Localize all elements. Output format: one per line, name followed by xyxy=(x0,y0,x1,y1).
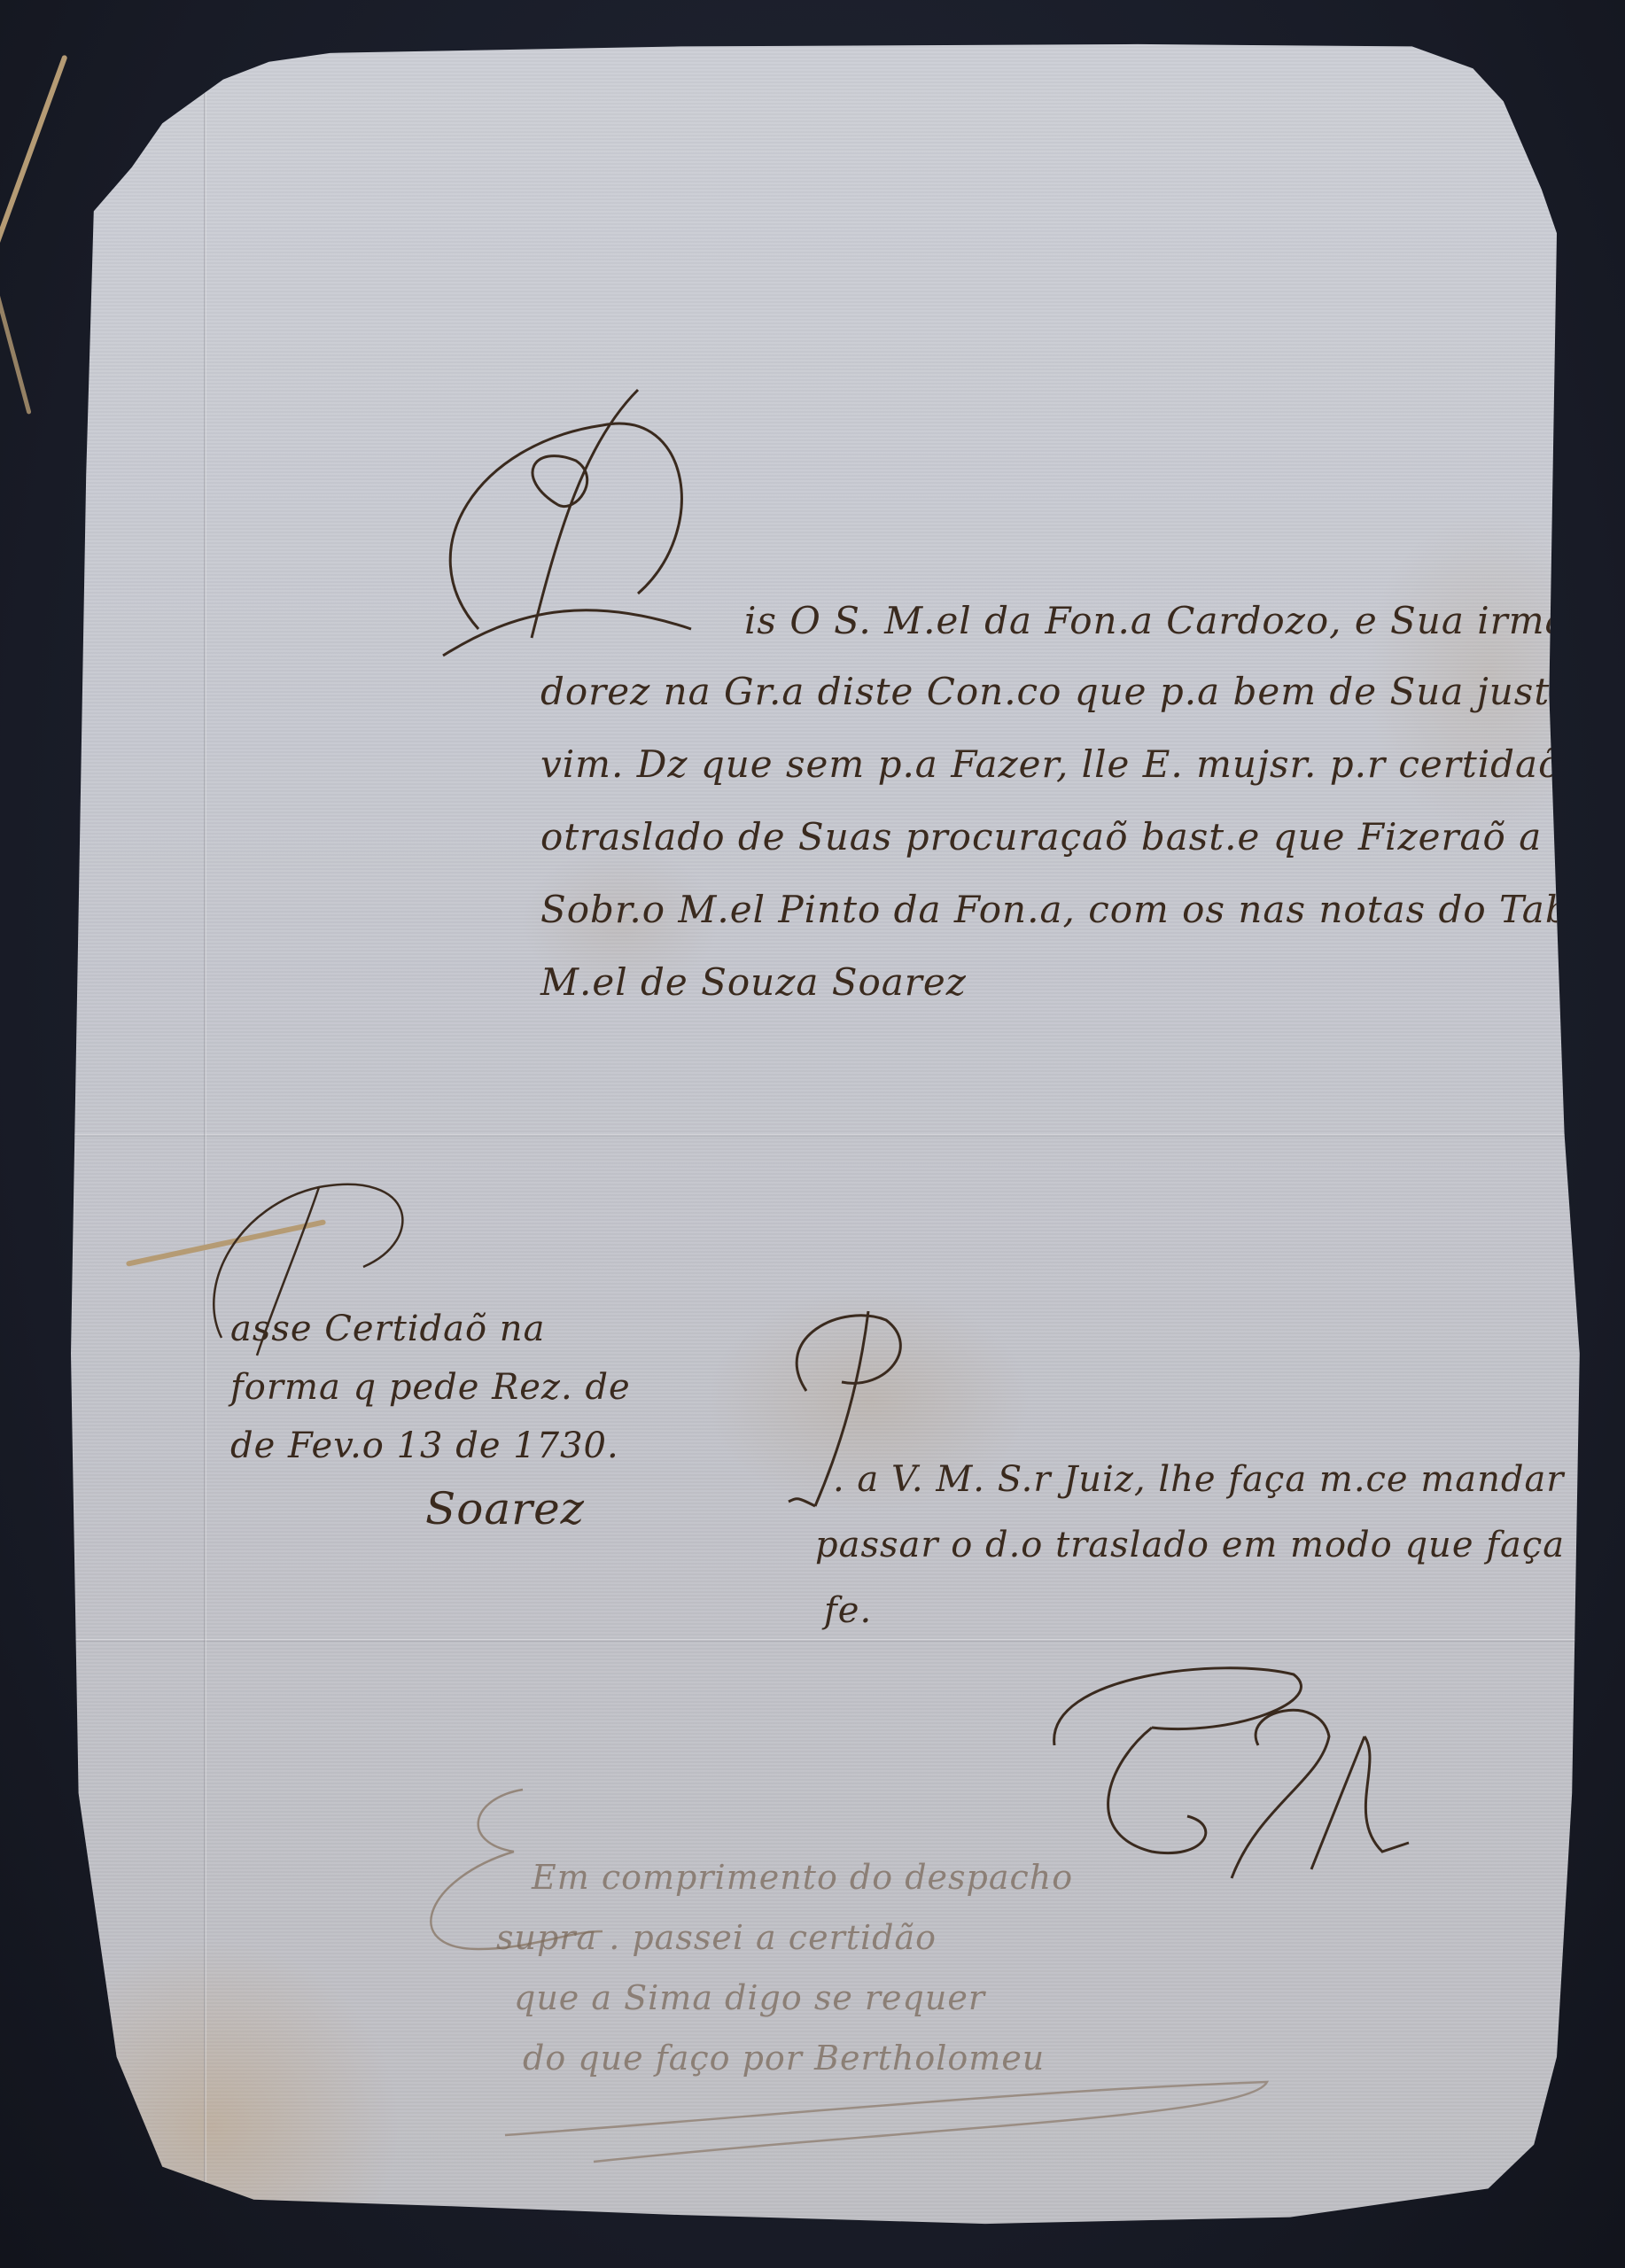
manuscript-page: is O S. M.el da Fon.a Cardozo, e Sua irm… xyxy=(71,35,1595,2233)
margin-note-line: de Fev.o 13 de 1730. xyxy=(230,1428,631,1464)
loose-thread xyxy=(0,276,32,415)
petition-line: is O S. M.el da Fon.a Cardozo, e Sua irm… xyxy=(744,602,1625,640)
dispatch-line: que a Sima digo se requer xyxy=(514,1981,1073,2015)
petition-line: Sobr.o M.el Pinto da Fon.a, com os nas n… xyxy=(540,891,1625,928)
margin-note-line: asse Certidaõ na xyxy=(230,1311,631,1347)
petition-line: dorez na Gr.a diste Con.co que p.a bem d… xyxy=(540,673,1625,711)
dispatch-line: Em comprimento do despacho xyxy=(532,1860,1073,1894)
photo-backdrop: is O S. M.el da Fon.a Cardozo, e Sua irm… xyxy=(0,0,1625,2268)
initial-flourish-d xyxy=(408,372,727,673)
binding-thread xyxy=(96,88,180,150)
closing-monogram xyxy=(1028,1621,1489,1887)
petition-text: is O S. M.el da Fon.a Cardozo, e Sua irm… xyxy=(744,602,1625,640)
paper-fold xyxy=(204,35,206,2233)
paper-fold xyxy=(71,1134,1595,1137)
signature-soarez: Soarez xyxy=(425,1487,631,1531)
petition-line: vim. Dz que sem p.a Fazer, lle E. mujsr.… xyxy=(540,746,1625,783)
request-line: passar o d.o traslado em modo que faça xyxy=(815,1527,1565,1563)
margin-note-line: forma q pede Rez. de xyxy=(230,1370,631,1405)
dispatch-line: supra . passei a certidão xyxy=(496,1921,1073,1954)
margin-note: asse Certidaõ na forma q pede Rez. de de… xyxy=(230,1311,631,1531)
petition-line: M.el de Souza Soarez xyxy=(540,964,1625,1001)
request-text: . a V. M. S.r Juiz, lhe faça m.ce mandar… xyxy=(833,1462,1565,1628)
faded-underline-flourish xyxy=(487,2064,1285,2171)
dispatch-note: Em comprimento do despacho supra . passe… xyxy=(532,1860,1073,2075)
loose-thread xyxy=(0,55,68,265)
request-line: . a V. M. S.r Juiz, lhe faça m.ce mandar xyxy=(833,1462,1565,1497)
petition-line: otraslado de Suas procuraçaõ bast.e que … xyxy=(540,819,1625,856)
petition-text: dorez na Gr.a diste Con.co que p.a bem d… xyxy=(540,673,1625,1001)
